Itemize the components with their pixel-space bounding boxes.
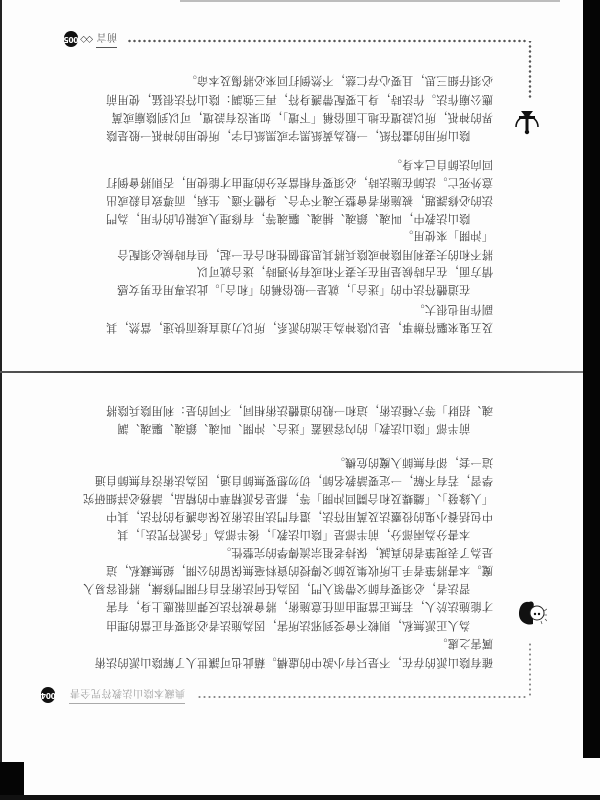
dotted-border-top	[127, 38, 527, 44]
text-line: 中包括養小鬼的役靈法及萬用符法，還有門法用法術及保命護身的符法，其中	[106, 509, 493, 523]
scan-notch	[583, 758, 600, 800]
page-number-badge: 004	[42, 688, 56, 704]
text-line: 應公廟作法。作法時，身上要配帶護身符，再三強調：陰山符法很猛，使用前	[106, 92, 493, 106]
scan-edge-right	[583, 0, 600, 800]
running-head: 前言 ◇◇ 005	[64, 31, 117, 48]
book-page-004: 典藏本陰山法教符咒全書 004 確有陰山派的存在，不是只有小說中的虛構。藉此也可…	[0, 373, 583, 800]
text-line: 副作用也很大。	[413, 302, 493, 316]
text-line: 陰山法教中，叫魂、鎖魂、捕魂、驅魂等，有修理人或報仇的作用，為門	[106, 211, 493, 225]
text-line: 意外死亡。法師在施法時，必須要有相當充分的理由才能使用，否則將會倒打	[106, 175, 493, 189]
running-head: 典藏本陰山法教符咒全書 004	[42, 687, 186, 704]
text-line: 魂、招財」等六種法術，這和一般的道體法術相同，不同的是：利用陰兵陰將	[106, 403, 493, 417]
text-line: 及五鬼來驅符辦事，是以陰神為主流的派系，所以力道直接而快速，當然，其	[106, 320, 493, 334]
text-line: 回向法師自己本身。	[391, 157, 494, 171]
dotted-border-side	[527, 41, 533, 99]
text-line: 本書分為兩部分，前半部是「陰山法教」，後半部為「各派符咒法」，其	[117, 527, 493, 541]
book-page-005: 前言 ◇◇ 005 及五鬼來驅符辦事，是以陰神為主流的派系，所以力道直接而快速，…	[0, 0, 583, 371]
text-line: 「人緣發」、「纏蝶及和合鬪回沖開」等，都是各派精華中的精品，請務必詳細研究	[83, 491, 493, 505]
text-line: 這一套，卻有無師入魔的危機。	[334, 455, 493, 469]
text-line: 情方面，在古時候是用在夫妻不和或有外遇時，迷合就可以	[197, 264, 493, 278]
text-line: 必須仔細三思，且要心存仁慈，不然倒打回來必將傷及本命。	[186, 73, 493, 87]
text-line: 才能施法於人，若無正當理由而任意施術，將會被符法反彈而報應上身，有害	[106, 599, 493, 613]
text-line: 確有陰山派的存在，不是只有小說中的虛構。藉此也可讓世人了解陰山派的法術	[94, 655, 493, 669]
text-line: 法的必修課題，被施術者會整天魂不守合、身體不適、生病，而導致自殺或出	[106, 193, 493, 207]
text-line: 陰山所用的畫符紙，一般為黃紙黑字或黑紙白字，所使用的神祇一般是陰	[106, 128, 493, 142]
running-head-title: 前言	[96, 31, 117, 48]
anchor-emblem-icon	[513, 109, 541, 135]
text-line: 前半部「陰山法教」的內容涵蓋「迷合、沖開、叫魂、鎖魂、驅魂、調	[117, 421, 493, 435]
dotted-border-side	[527, 641, 533, 697]
page-number-badge: 005	[64, 32, 78, 48]
text-line: 為人正派無私，則較不會受到邪法所害，因為施法者必須要有正當的理由	[106, 618, 493, 632]
text-line: 魔。本書將筆者手上所收集及師父傳授的資料毫無保留的公開，絕無藏私，這	[106, 563, 493, 577]
dotted-border-top	[197, 694, 527, 700]
running-head-title: 典藏本陰山法教符咒全書	[70, 687, 186, 704]
text-line: 厲害之處。	[436, 636, 493, 650]
text-line: 界的神祇，所以設壇在地上面俗稱「下壇」，如果沒有設壇，可以到陰廟或萬	[111, 110, 493, 124]
text-line: 是為了表現筆者的真誠，保持老祖宗流傳學的完整性。	[220, 545, 493, 559]
ghost-mascot-icon	[515, 598, 547, 628]
text-line: 學習，若有不解，一定要請教名師，切勿想要無師自通，因為法術沒有無師自通	[94, 473, 493, 487]
text-line: 習法者，必須要有師父帶領入門，因為任何法術若自行開門修練，將很容易入	[83, 581, 493, 595]
text-line: 將不和的夫妻利用陰神或陰兵將其思想個性和合在一起，但有時候必須配合	[117, 247, 493, 261]
diamond-ornament-icon: ◇◇	[81, 35, 93, 45]
text-line: 在道體符法中的「迷合」，就是一般俗稱的「和合」。此法專用在男女感	[117, 282, 493, 296]
text-line: 「沖開」來使用。	[402, 228, 493, 242]
